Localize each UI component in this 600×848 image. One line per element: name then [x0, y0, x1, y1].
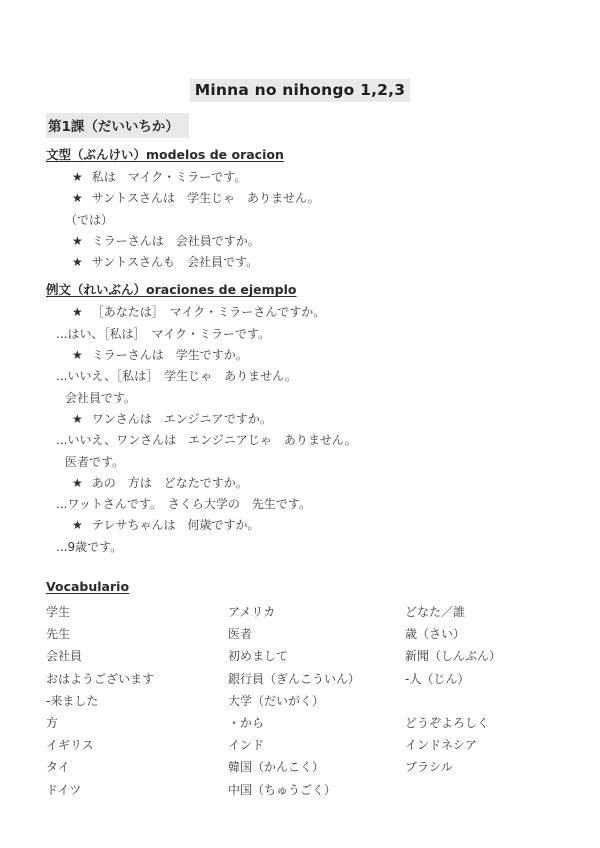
section-sentence-patterns: 文型（ぶんけい）modelos de oracion ★私は マイク・ミラーです… [46, 146, 600, 273]
example-sentence: ★私は マイク・ミラーです。 [46, 167, 600, 188]
lesson-heading: 第1課（だいいちか） [46, 113, 189, 138]
sentence-text: ミラーさんは 会社員ですか。 [92, 234, 260, 248]
answer-sentence: ...いいえ、ワンさんは エンジニアじゃ ありません。 [46, 430, 600, 451]
section-example-sentences: 例文（れいぶん）oraciones de ejemplo ★［あなたは］ マイク… [46, 281, 600, 558]
vocabulary-item: 会社員 [46, 645, 228, 667]
sentence-text: 私は マイク・ミラーです。 [92, 170, 247, 184]
star-bullet-icon: ★ [72, 345, 83, 366]
vocabulary-item: 医者 [228, 623, 405, 645]
vocabulary-item: インド [228, 734, 405, 756]
example-sentence: ★あの 方は どなたですか。 [46, 473, 600, 494]
vocabulary-item: 先生 [46, 623, 228, 645]
answer-sentence: ...9歳です。 [46, 537, 600, 558]
sentence-text: サントスさんは 学生じゃ ありません。 [92, 191, 320, 205]
vocabulary-heading: Vocabulario [46, 578, 600, 596]
vocabulary-item: ブラシル [405, 756, 600, 778]
vocabulary-item: 銀行員（ぎんこういん） [228, 668, 405, 690]
continuation-sentence: （では） [46, 210, 600, 231]
star-bullet-icon: ★ [72, 409, 83, 430]
answer-sentence: ...はい、［私は］ マイク・ミラーです。 [46, 324, 600, 345]
page-title: Minna no nihongo 1,2,3 [190, 79, 410, 102]
vocabulary-item: ドイツ [46, 779, 228, 801]
vocabulary-item [405, 690, 600, 712]
vocabulary-section: Vocabulario 学生アメリカどなた／誰先生医者歳（さい）会社員初めまして… [46, 578, 600, 801]
vocabulary-item: 中国（ちゅうごく） [228, 779, 405, 801]
vocabulary-item: -人（じん） [405, 668, 600, 690]
sentence-list-bunkei: ★私は マイク・ミラーです。★サントスさんは 学生じゃ ありません。（では）★ミ… [46, 167, 600, 273]
vocabulary-item: -来ました [46, 690, 228, 712]
document-page: Minna no nihongo 1,2,3 第1課（だいいちか） 文型（ぶんけ… [0, 0, 600, 848]
example-sentence: ★ミラーさんは 会社員ですか。 [46, 231, 600, 252]
sentence-text: ［あなたは］ マイク・ミラーさんですか。 [92, 305, 326, 319]
vocabulary-item: どうぞよろしく [405, 712, 600, 734]
sentence-text: サントスさんも 会社員です。 [92, 255, 258, 269]
sentence-text: ワンさんは エンジニアですか。 [92, 412, 272, 426]
star-bullet-icon: ★ [72, 252, 83, 273]
example-sentence: ★ワンさんは エンジニアですか。 [46, 409, 600, 430]
vocabulary-item: インドネシア [405, 734, 600, 756]
vocabulary-grid: 学生アメリカどなた／誰先生医者歳（さい）会社員初めまして新聞（しんぶん）おはよう… [46, 601, 600, 801]
vocabulary-item: おはようございます [46, 668, 228, 690]
vocabulary-item: 学生 [46, 601, 228, 623]
sentence-text: あの 方は どなたですか。 [92, 476, 248, 490]
answer-sentence: ...ワットさんです。 さくら大学の 先生です。 [46, 494, 600, 515]
vocabulary-item: ・から [228, 712, 405, 734]
star-bullet-icon: ★ [72, 188, 83, 209]
vocabulary-item: 歳（さい） [405, 623, 600, 645]
section-heading-reibun: 例文（れいぶん）oraciones de ejemplo [46, 281, 600, 299]
vocabulary-item: タイ [46, 756, 228, 778]
example-sentence: ★ミラーさんは 学生ですか。 [46, 345, 600, 366]
star-bullet-icon: ★ [72, 167, 83, 188]
star-bullet-icon: ★ [72, 473, 83, 494]
star-bullet-icon: ★ [72, 231, 83, 252]
sentence-list-reibun: ★［あなたは］ マイク・ミラーさんですか。...はい、［私は］ マイク・ミラーで… [46, 302, 600, 558]
title-row: Minna no nihongo 1,2,3 [0, 0, 600, 102]
star-bullet-icon: ★ [72, 515, 83, 536]
continuation-sentence: 医者です。 [46, 452, 600, 473]
section-heading-bunkei: 文型（ぶんけい）modelos de oracion [46, 146, 600, 164]
vocabulary-item: アメリカ [228, 601, 405, 623]
example-sentence: ★サントスさんも 会社員です。 [46, 252, 600, 273]
vocabulary-item: 新聞（しんぶん） [405, 645, 600, 667]
example-sentence: ★［あなたは］ マイク・ミラーさんですか。 [46, 302, 600, 323]
sentence-text: テレサちゃんは 何歳ですか。 [92, 518, 260, 532]
vocabulary-item: 韓国（かんこく） [228, 756, 405, 778]
vocabulary-item: どなた／誰 [405, 601, 600, 623]
continuation-sentence: 会社員です。 [46, 388, 600, 409]
answer-sentence: ...いいえ、［私は］ 学生じゃ ありません。 [46, 366, 600, 387]
vocabulary-item: 大学（だいがく） [228, 690, 405, 712]
vocabulary-item: 方 [46, 712, 228, 734]
example-sentence: ★サントスさんは 学生じゃ ありません。 [46, 188, 600, 209]
star-bullet-icon: ★ [72, 302, 83, 323]
lesson-row: 第1課（だいいちか） [46, 113, 600, 138]
vocabulary-item: イギリス [46, 734, 228, 756]
example-sentence: ★テレサちゃんは 何歳ですか。 [46, 515, 600, 536]
sentence-text: ミラーさんは 学生ですか。 [92, 348, 248, 362]
vocabulary-item: 初めまして [228, 645, 405, 667]
vocabulary-item [405, 779, 600, 801]
